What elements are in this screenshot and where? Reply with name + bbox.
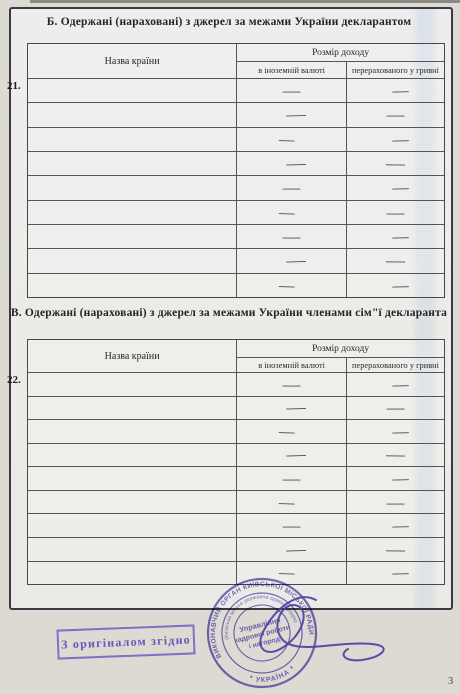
country-cell bbox=[28, 444, 237, 467]
table-row: — — bbox=[28, 151, 444, 175]
foreign-currency-cell: — bbox=[237, 249, 347, 272]
hryvnia-cell: — bbox=[347, 420, 444, 443]
hryvnia-cell: — bbox=[347, 373, 444, 396]
table-row: — — bbox=[28, 513, 444, 537]
handwritten-dash: — bbox=[392, 425, 409, 438]
country-cell bbox=[28, 491, 237, 514]
country-cell bbox=[28, 249, 237, 272]
hryvnia-cell: — bbox=[347, 491, 444, 514]
foreign-currency-cell: — bbox=[237, 538, 347, 561]
true-copy-stamp-text: З оригіналом згідно bbox=[61, 632, 191, 652]
handwritten-dash: — bbox=[283, 84, 301, 97]
table-row: — — bbox=[28, 127, 444, 151]
page-number: 3 bbox=[448, 676, 453, 687]
scan-edge-artifact bbox=[30, 0, 460, 3]
handwritten-dash: — bbox=[279, 278, 295, 291]
table-row: — — bbox=[28, 175, 444, 199]
handwritten-dash: — bbox=[279, 425, 295, 438]
row-number-21: 21. bbox=[7, 80, 21, 92]
handwritten-dash: — bbox=[286, 401, 306, 415]
header-income-size: Розмір доходу bbox=[237, 44, 444, 62]
table-row: — — bbox=[28, 273, 444, 297]
foreign-currency-cell: — bbox=[237, 467, 347, 490]
hryvnia-cell: — bbox=[347, 225, 444, 248]
foreign-currency-cell: — bbox=[237, 444, 347, 467]
table-row: — — bbox=[28, 396, 444, 420]
handwritten-dash: — bbox=[283, 472, 301, 485]
handwritten-dash: — bbox=[279, 132, 295, 145]
country-cell bbox=[28, 128, 237, 151]
handwritten-dash: — bbox=[283, 181, 301, 194]
handwritten-dash: — bbox=[392, 519, 409, 532]
foreign-currency-cell: — bbox=[237, 103, 347, 126]
handwritten-dash: — bbox=[286, 254, 306, 268]
hryvnia-cell: — bbox=[347, 152, 444, 175]
foreign-currency-cell: — bbox=[237, 152, 347, 175]
handwritten-dash: — bbox=[283, 230, 301, 243]
table-family-foreign-income: Назва країни Розмір доходу в іноземній в… bbox=[27, 339, 445, 585]
handwritten-dash: — bbox=[386, 448, 405, 461]
handwritten-dash: — bbox=[392, 278, 409, 291]
handwritten-dash: — bbox=[387, 496, 405, 509]
hryvnia-cell: — bbox=[347, 79, 444, 102]
table-row: — — bbox=[28, 466, 444, 490]
row-number-22: 22. bbox=[7, 374, 21, 386]
hryvnia-cell: — bbox=[347, 103, 444, 126]
section-v-title-text: Одержані (нараховані) з джерел за межами… bbox=[22, 307, 447, 319]
header-foreign-currency: в іноземній валюті bbox=[237, 62, 347, 78]
country-cell bbox=[28, 420, 237, 443]
country-cell bbox=[28, 103, 237, 126]
hryvnia-cell: — bbox=[347, 176, 444, 199]
hryvnia-cell: — bbox=[347, 467, 444, 490]
table-row: — — bbox=[28, 200, 444, 224]
foreign-currency-cell: — bbox=[237, 225, 347, 248]
section-b-letter: Б. bbox=[47, 16, 58, 28]
foreign-currency-cell: — bbox=[237, 128, 347, 151]
table-row: — — bbox=[28, 419, 444, 443]
header-income-size: Розмір доходу bbox=[237, 340, 444, 358]
handwritten-dash: — bbox=[286, 542, 306, 556]
handwritten-dash: — bbox=[387, 206, 405, 219]
table-row: — — bbox=[28, 79, 444, 102]
foreign-currency-cell: — bbox=[237, 397, 347, 420]
country-cell bbox=[28, 467, 237, 490]
country-cell bbox=[28, 373, 237, 396]
section-b-title-text: Одержані (нараховані) з джерел за межами… bbox=[58, 16, 412, 28]
table-declarant-foreign-income: Назва країни Розмір доходу в іноземній в… bbox=[27, 43, 445, 298]
true-copy-stamp: З оригіналом згідно bbox=[56, 624, 195, 659]
foreign-currency-cell: — bbox=[237, 79, 347, 102]
table-row: — — bbox=[28, 443, 444, 467]
section-b-title: Б. Одержані (нараховані) з джерел за меж… bbox=[9, 16, 449, 28]
hryvnia-cell: — bbox=[347, 128, 444, 151]
country-cell bbox=[28, 514, 237, 537]
foreign-currency-cell: — bbox=[237, 201, 347, 224]
section-v-title: В. Одержані (нараховані) з джерел за меж… bbox=[9, 307, 449, 319]
handwritten-dash: — bbox=[286, 108, 306, 122]
header-converted-hryvnia: перерахованого у гривні bbox=[347, 62, 444, 78]
hryvnia-cell: — bbox=[347, 514, 444, 537]
handwritten-dash: — bbox=[387, 401, 405, 414]
handwritten-dash: — bbox=[392, 132, 409, 145]
handwritten-dash: — bbox=[387, 108, 405, 121]
handwritten-dash: — bbox=[392, 472, 409, 485]
handwritten-dash: — bbox=[392, 84, 409, 97]
handwritten-dash: — bbox=[386, 543, 405, 556]
table-row: — — bbox=[28, 248, 444, 272]
handwritten-dash: — bbox=[386, 157, 405, 170]
hryvnia-cell: — bbox=[347, 274, 444, 297]
country-cell bbox=[28, 176, 237, 199]
foreign-currency-cell: — bbox=[237, 420, 347, 443]
foreign-currency-cell: — bbox=[237, 373, 347, 396]
handwritten-dash: — bbox=[283, 519, 301, 532]
hryvnia-cell: — bbox=[347, 249, 444, 272]
handwritten-dash: — bbox=[286, 157, 306, 171]
handwritten-dash: — bbox=[283, 378, 301, 391]
foreign-currency-cell: — bbox=[237, 514, 347, 537]
table-body: — — — — — — — — — — — — — — — — — — bbox=[28, 79, 444, 297]
foreign-currency-cell: — bbox=[237, 274, 347, 297]
country-cell bbox=[28, 79, 237, 102]
country-cell bbox=[28, 201, 237, 224]
hryvnia-cell: — bbox=[347, 397, 444, 420]
handwritten-dash: — bbox=[392, 377, 409, 390]
table-body: — — — — — — — — — — — — — — — — — — bbox=[28, 373, 444, 584]
signature bbox=[228, 578, 398, 688]
table-row: — — bbox=[28, 490, 444, 514]
table-row: — — bbox=[28, 537, 444, 561]
country-cell bbox=[28, 152, 237, 175]
header-country-name: Назва країни bbox=[28, 340, 237, 372]
section-v-letter: В. bbox=[11, 307, 22, 319]
handwritten-dash: — bbox=[392, 230, 409, 243]
table-row: — — bbox=[28, 224, 444, 248]
hryvnia-cell: — bbox=[347, 538, 444, 561]
country-cell bbox=[28, 274, 237, 297]
handwritten-dash: — bbox=[392, 181, 409, 194]
table-row: — — bbox=[28, 373, 444, 396]
handwritten-dash: — bbox=[286, 448, 306, 462]
header-converted-hryvnia: перерахованого у гривні bbox=[347, 358, 444, 372]
table-header: Назва країни Розмір доходу в іноземній в… bbox=[28, 44, 444, 79]
country-cell bbox=[28, 225, 237, 248]
header-country-name: Назва країни bbox=[28, 44, 237, 78]
header-foreign-currency: в іноземній валюті bbox=[237, 358, 347, 372]
foreign-currency-cell: — bbox=[237, 491, 347, 514]
foreign-currency-cell: — bbox=[237, 176, 347, 199]
hryvnia-cell: — bbox=[347, 201, 444, 224]
country-cell bbox=[28, 538, 237, 561]
handwritten-dash: — bbox=[279, 205, 295, 218]
table-row: — — bbox=[28, 102, 444, 126]
hryvnia-cell: — bbox=[347, 444, 444, 467]
table-header: Назва країни Розмір доходу в іноземній в… bbox=[28, 340, 444, 373]
handwritten-dash: — bbox=[279, 495, 295, 508]
country-cell bbox=[28, 397, 237, 420]
handwritten-dash: — bbox=[386, 254, 405, 267]
